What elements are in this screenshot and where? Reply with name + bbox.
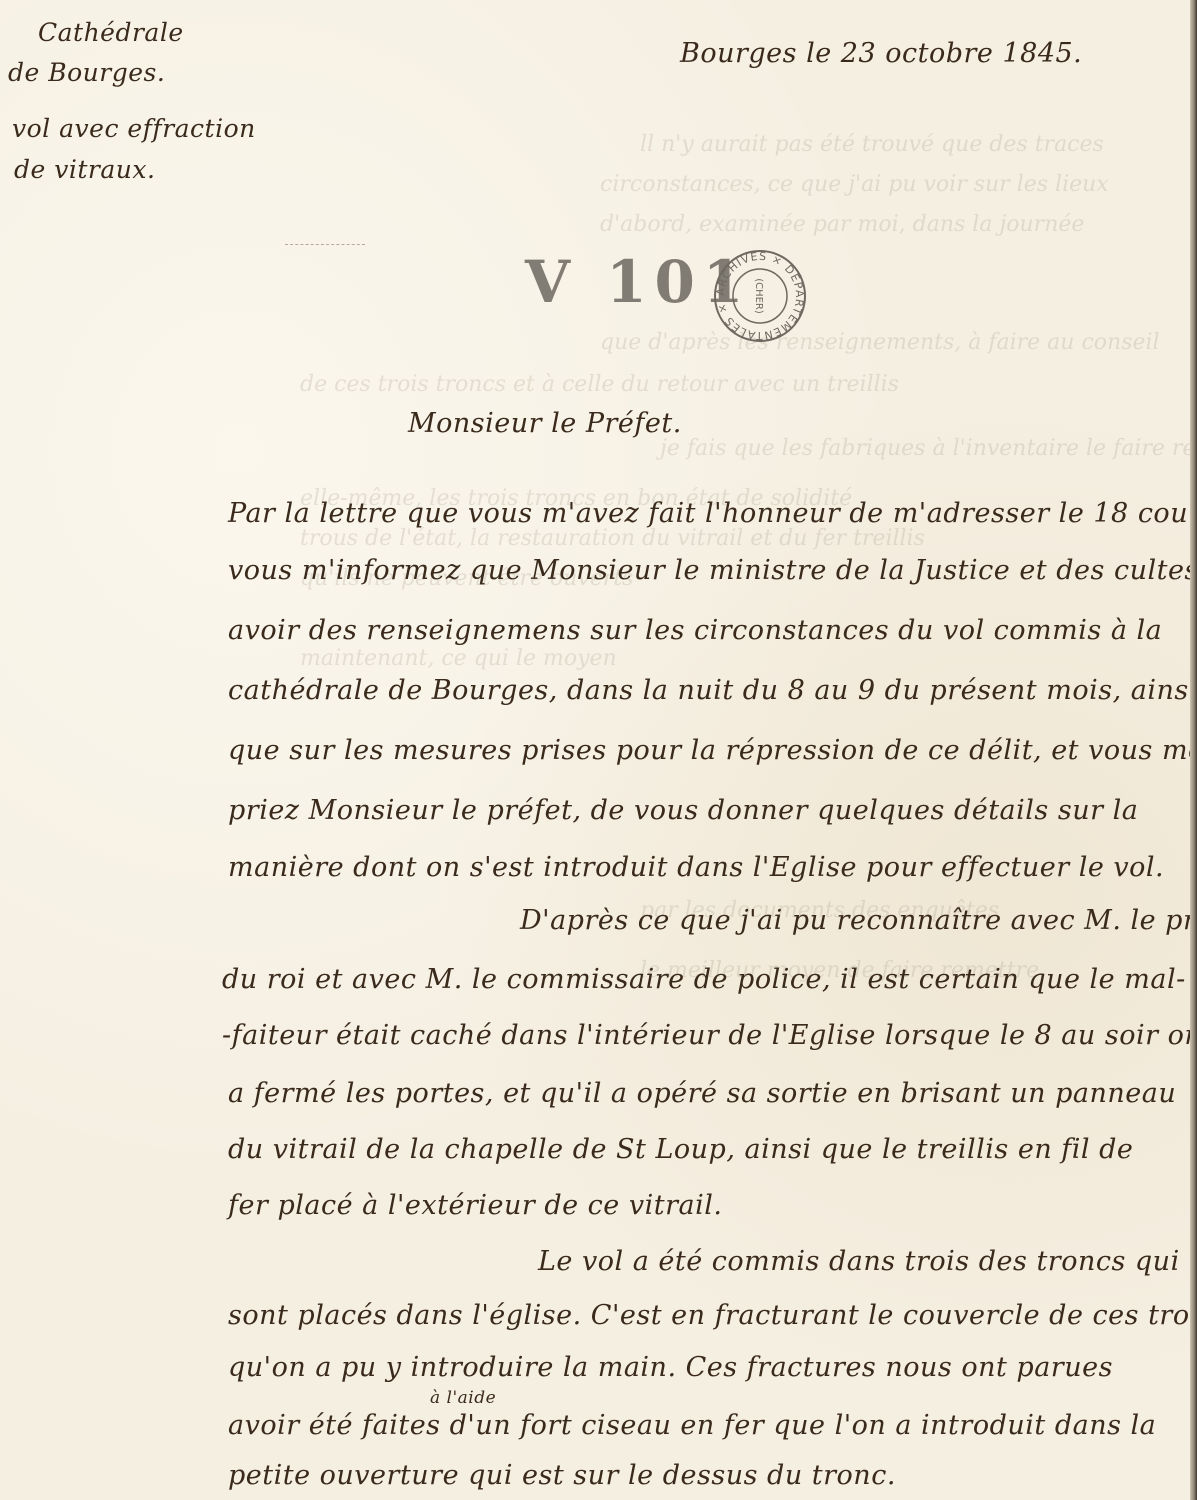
- letter-line: -faiteur était caché dans l'intérieur de…: [222, 1020, 1197, 1051]
- salutation: Monsieur le Préfet.: [408, 408, 682, 439]
- letter-line: petite ouverture qui est sur le dessus d…: [228, 1460, 896, 1491]
- letter-line: que sur les mesures prises pour la répre…: [228, 735, 1197, 766]
- letter-line: Par la lettre que vous m'avez fait l'hon…: [228, 498, 1197, 529]
- letter-line: fer placé à l'extérieur de ce vitrail.: [228, 1190, 722, 1221]
- letter-line: cathédrale de Bourges, dans la nuit du 8…: [228, 675, 1197, 706]
- svg-text:(CHER): (CHER): [753, 278, 764, 314]
- page-edge-shadow: [1190, 0, 1197, 1500]
- letter-line: D'après ce que j'ai pu reconnaître avec …: [520, 905, 1197, 936]
- letter-line: avoir été faites d'un fort ciseau en fer…: [228, 1410, 1156, 1441]
- margin-note-line: de Bourges.: [8, 58, 165, 87]
- letter-line: manière dont on s'est introduit dans l'E…: [228, 852, 1164, 883]
- margin-note-line: vol avec effraction: [12, 114, 256, 143]
- letter-line: vous m'informez que Monsieur le ministre…: [228, 555, 1197, 586]
- letter-line: qu'on a pu y introduire la main. Ces fra…: [228, 1352, 1113, 1383]
- letter-line: priez Monsieur le préfet, de vous donner…: [228, 795, 1138, 826]
- letter-line: du vitrail de la chapelle de St Loup, ai…: [228, 1134, 1133, 1165]
- dashed-rule: [285, 244, 365, 245]
- margin-note-line: Cathédrale: [38, 18, 184, 47]
- letter-line: sont placés dans l'église. C'est en frac…: [228, 1300, 1197, 1331]
- archives-seal-icon: ARCHIVES × DÉPARTEMENTALES × (CHER): [712, 248, 808, 344]
- letter-line: du roi et avec M. le commissaire de poli…: [222, 964, 1186, 995]
- margin-note-line: de vitraux.: [14, 155, 155, 184]
- letter-line: avoir des renseignemens sur les circonst…: [228, 615, 1162, 646]
- letter-line: a fermé les portes, et qu'il a opéré sa …: [228, 1078, 1176, 1109]
- interlinear-insertion: à l'aide: [430, 1388, 496, 1408]
- place-date: Bourges le 23 octobre 1845.: [680, 38, 1082, 69]
- letter-line: Le vol a été commis dans trois des tronc…: [538, 1246, 1180, 1277]
